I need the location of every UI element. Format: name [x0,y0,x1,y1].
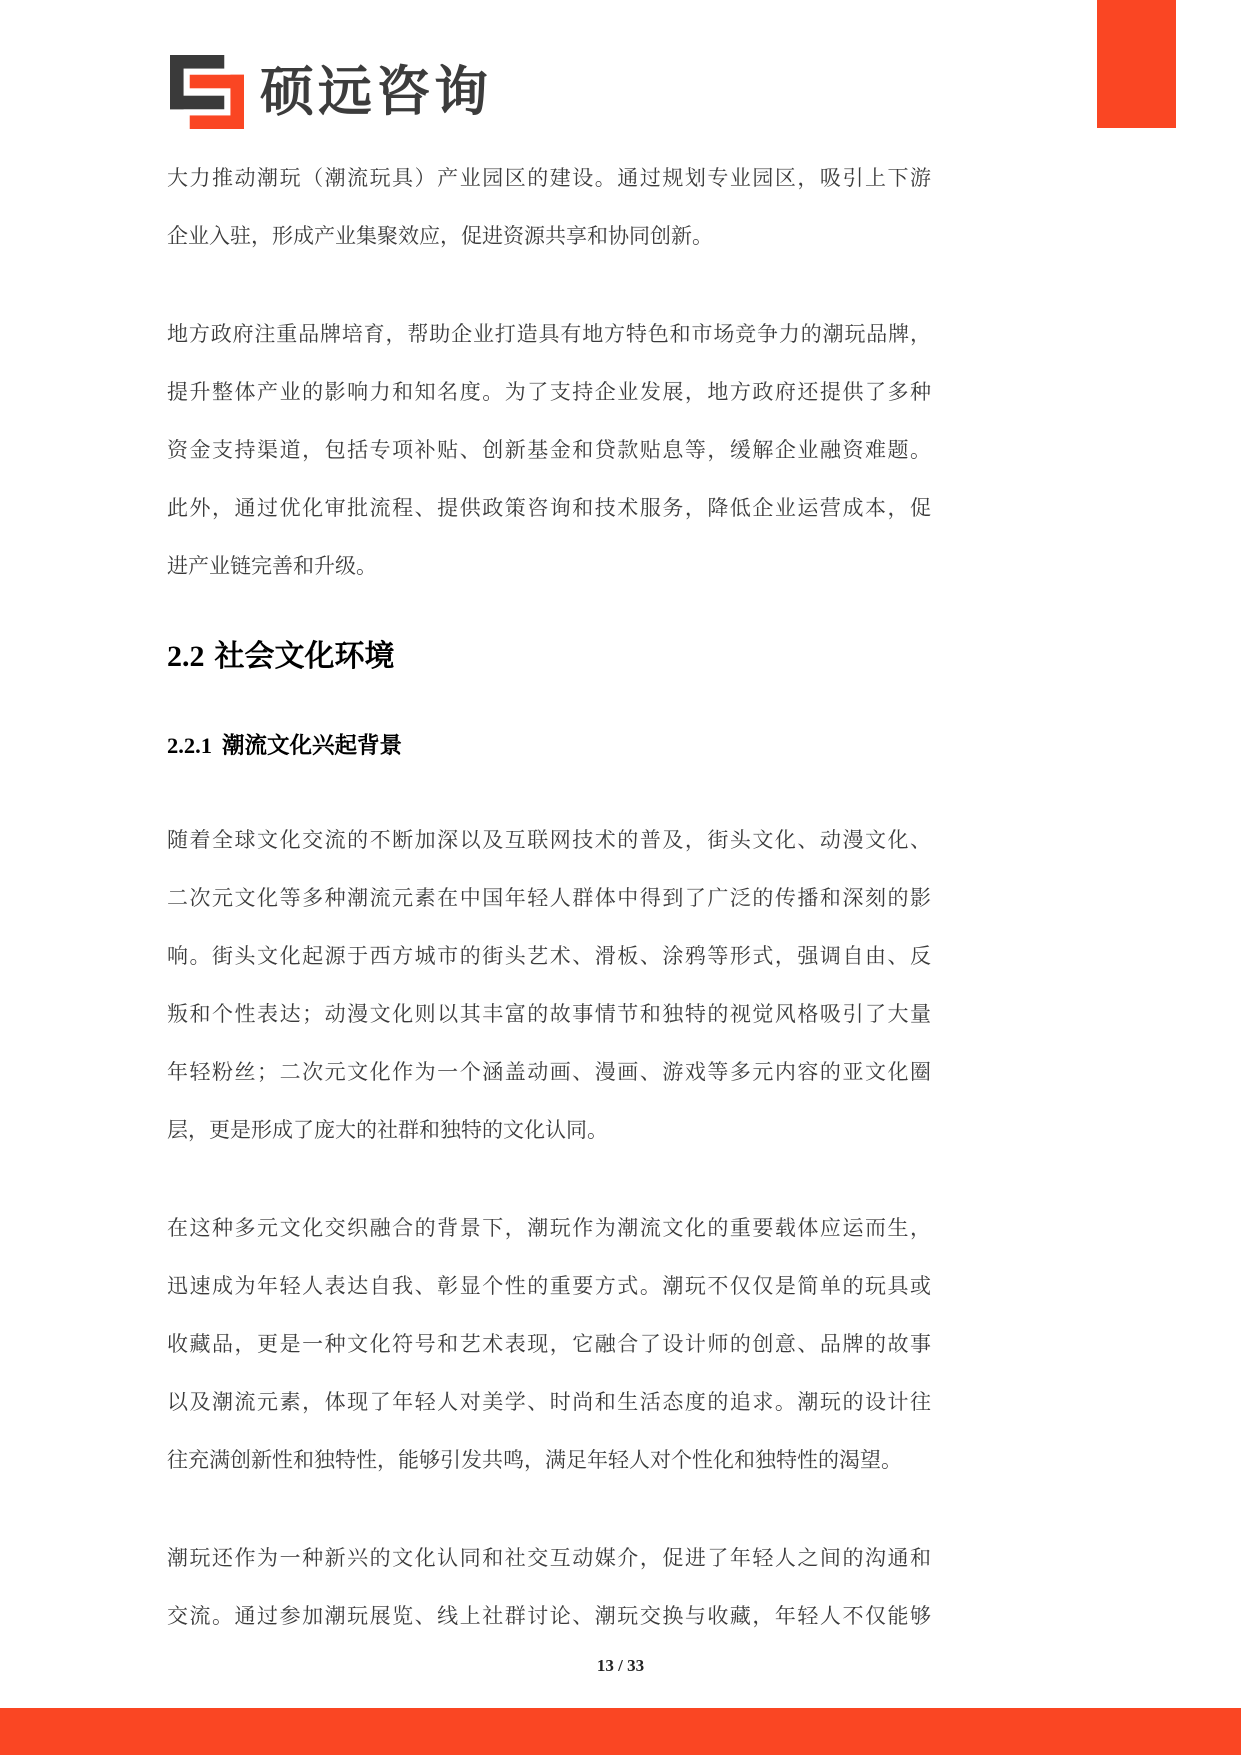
document-body: 大力推动潮玩（潮流玩具）产业园区的建设。通过规划专业园区，吸引上下游 企业入驻，… [167,150,931,1686]
paragraph: 地方政府注重品牌培育，帮助企业打造具有地方特色和市场竞争力的潮玩品牌， 提升整体… [167,306,931,596]
paragraph-line: 响。街头文化起源于西方城市的街头艺术、滑板、涂鸦等形式，强调自由、反 [167,928,931,986]
paragraph-line: 此外，通过优化审批流程、提供政策咨询和技术服务，降低企业运营成本，促 [167,480,931,538]
subsection-number: 2.2.1 [167,733,212,758]
paragraph-line: 往充满创新性和独特性，能够引发共鸣，满足年轻人对个性化和独特性的渴望。 [167,1432,931,1490]
logo-icon [170,55,244,129]
document-page: 硕远咨询 大力推动潮玩（潮流玩具）产业园区的建设。通过规划专业园区，吸引上下游 … [0,0,1241,1755]
paragraph-line: 收藏品，更是一种文化符号和艺术表现，它融合了设计师的创意、品牌的故事 [167,1316,931,1374]
subsection-title: 潮流文化兴起背景 [222,733,402,758]
paragraph: 大力推动潮玩（潮流玩具）产业园区的建设。通过规划专业园区，吸引上下游 企业入驻，… [167,150,931,266]
section-title: 社会文化环境 [215,640,395,673]
paragraph-line: 随着全球文化交流的不断加深以及互联网技术的普及，街头文化、动漫文化、 [167,812,931,870]
paragraph: 潮玩还作为一种新兴的文化认同和社交互动媒介，促进了年轻人之间的沟通和 交流。通过… [167,1530,931,1646]
paragraph: 随着全球文化交流的不断加深以及互联网技术的普及，街头文化、动漫文化、 二次元文化… [167,812,931,1160]
logo: 硕远咨询 [170,55,492,129]
corner-accent-block [1097,0,1176,128]
paragraph: 在这种多元文化交织融合的背景下，潮玩作为潮流文化的重要载体应运而生， 迅速成为年… [167,1200,931,1490]
paragraph-line: 进产业链完善和升级。 [167,538,931,596]
paragraph-line: 年轻粉丝；二次元文化作为一个涵盖动画、漫画、游戏等多元内容的亚文化圈 [167,1044,931,1102]
paragraph-line: 地方政府注重品牌培育，帮助企业打造具有地方特色和市场竞争力的潮玩品牌， [167,306,931,364]
logo-company-name: 硕远咨询 [260,55,492,129]
paragraph-line: 潮玩还作为一种新兴的文化认同和社交互动媒介，促进了年轻人之间的沟通和 [167,1530,931,1588]
subsection-heading-2-2-1: 2.2.1潮流文化兴起背景 [167,728,931,764]
footer-accent-bar [0,1708,1241,1755]
paragraph-line: 叛和个性表达；动漫文化则以其丰富的故事情节和独特的视觉风格吸引了大量 [167,986,931,1044]
paragraph-line: 层，更是形成了庞大的社群和独特的文化认同。 [167,1102,931,1160]
section-number: 2.2 [167,640,205,673]
paragraph-line: 二次元文化等多种潮流元素在中国年轻人群体中得到了广泛的传播和深刻的影 [167,870,931,928]
paragraph-line: 提升整体产业的影响力和知名度。为了支持企业发展，地方政府还提供了多种 [167,364,931,422]
page-number: 13 / 33 [0,1656,1241,1676]
paragraph-line: 资金支持渠道，包括专项补贴、创新基金和贷款贴息等，缓解企业融资难题。 [167,422,931,480]
paragraph-line: 交流。通过参加潮玩展览、线上社群讨论、潮玩交换与收藏，年轻人不仅能够 [167,1588,931,1646]
paragraph-line: 在这种多元文化交织融合的背景下，潮玩作为潮流文化的重要载体应运而生， [167,1200,931,1258]
paragraph-line: 大力推动潮玩（潮流玩具）产业园区的建设。通过规划专业园区，吸引上下游 [167,150,931,208]
paragraph-line: 以及潮流元素，体现了年轻人对美学、时尚和生活态度的追求。潮玩的设计往 [167,1374,931,1432]
paragraph-line: 迅速成为年轻人表达自我、彰显个性的重要方式。潮玩不仅仅是简单的玩具或 [167,1258,931,1316]
section-heading-2-2: 2.2社会文化环境 [167,636,931,678]
paragraph-line: 企业入驻，形成产业集聚效应，促进资源共享和协同创新。 [167,208,931,266]
